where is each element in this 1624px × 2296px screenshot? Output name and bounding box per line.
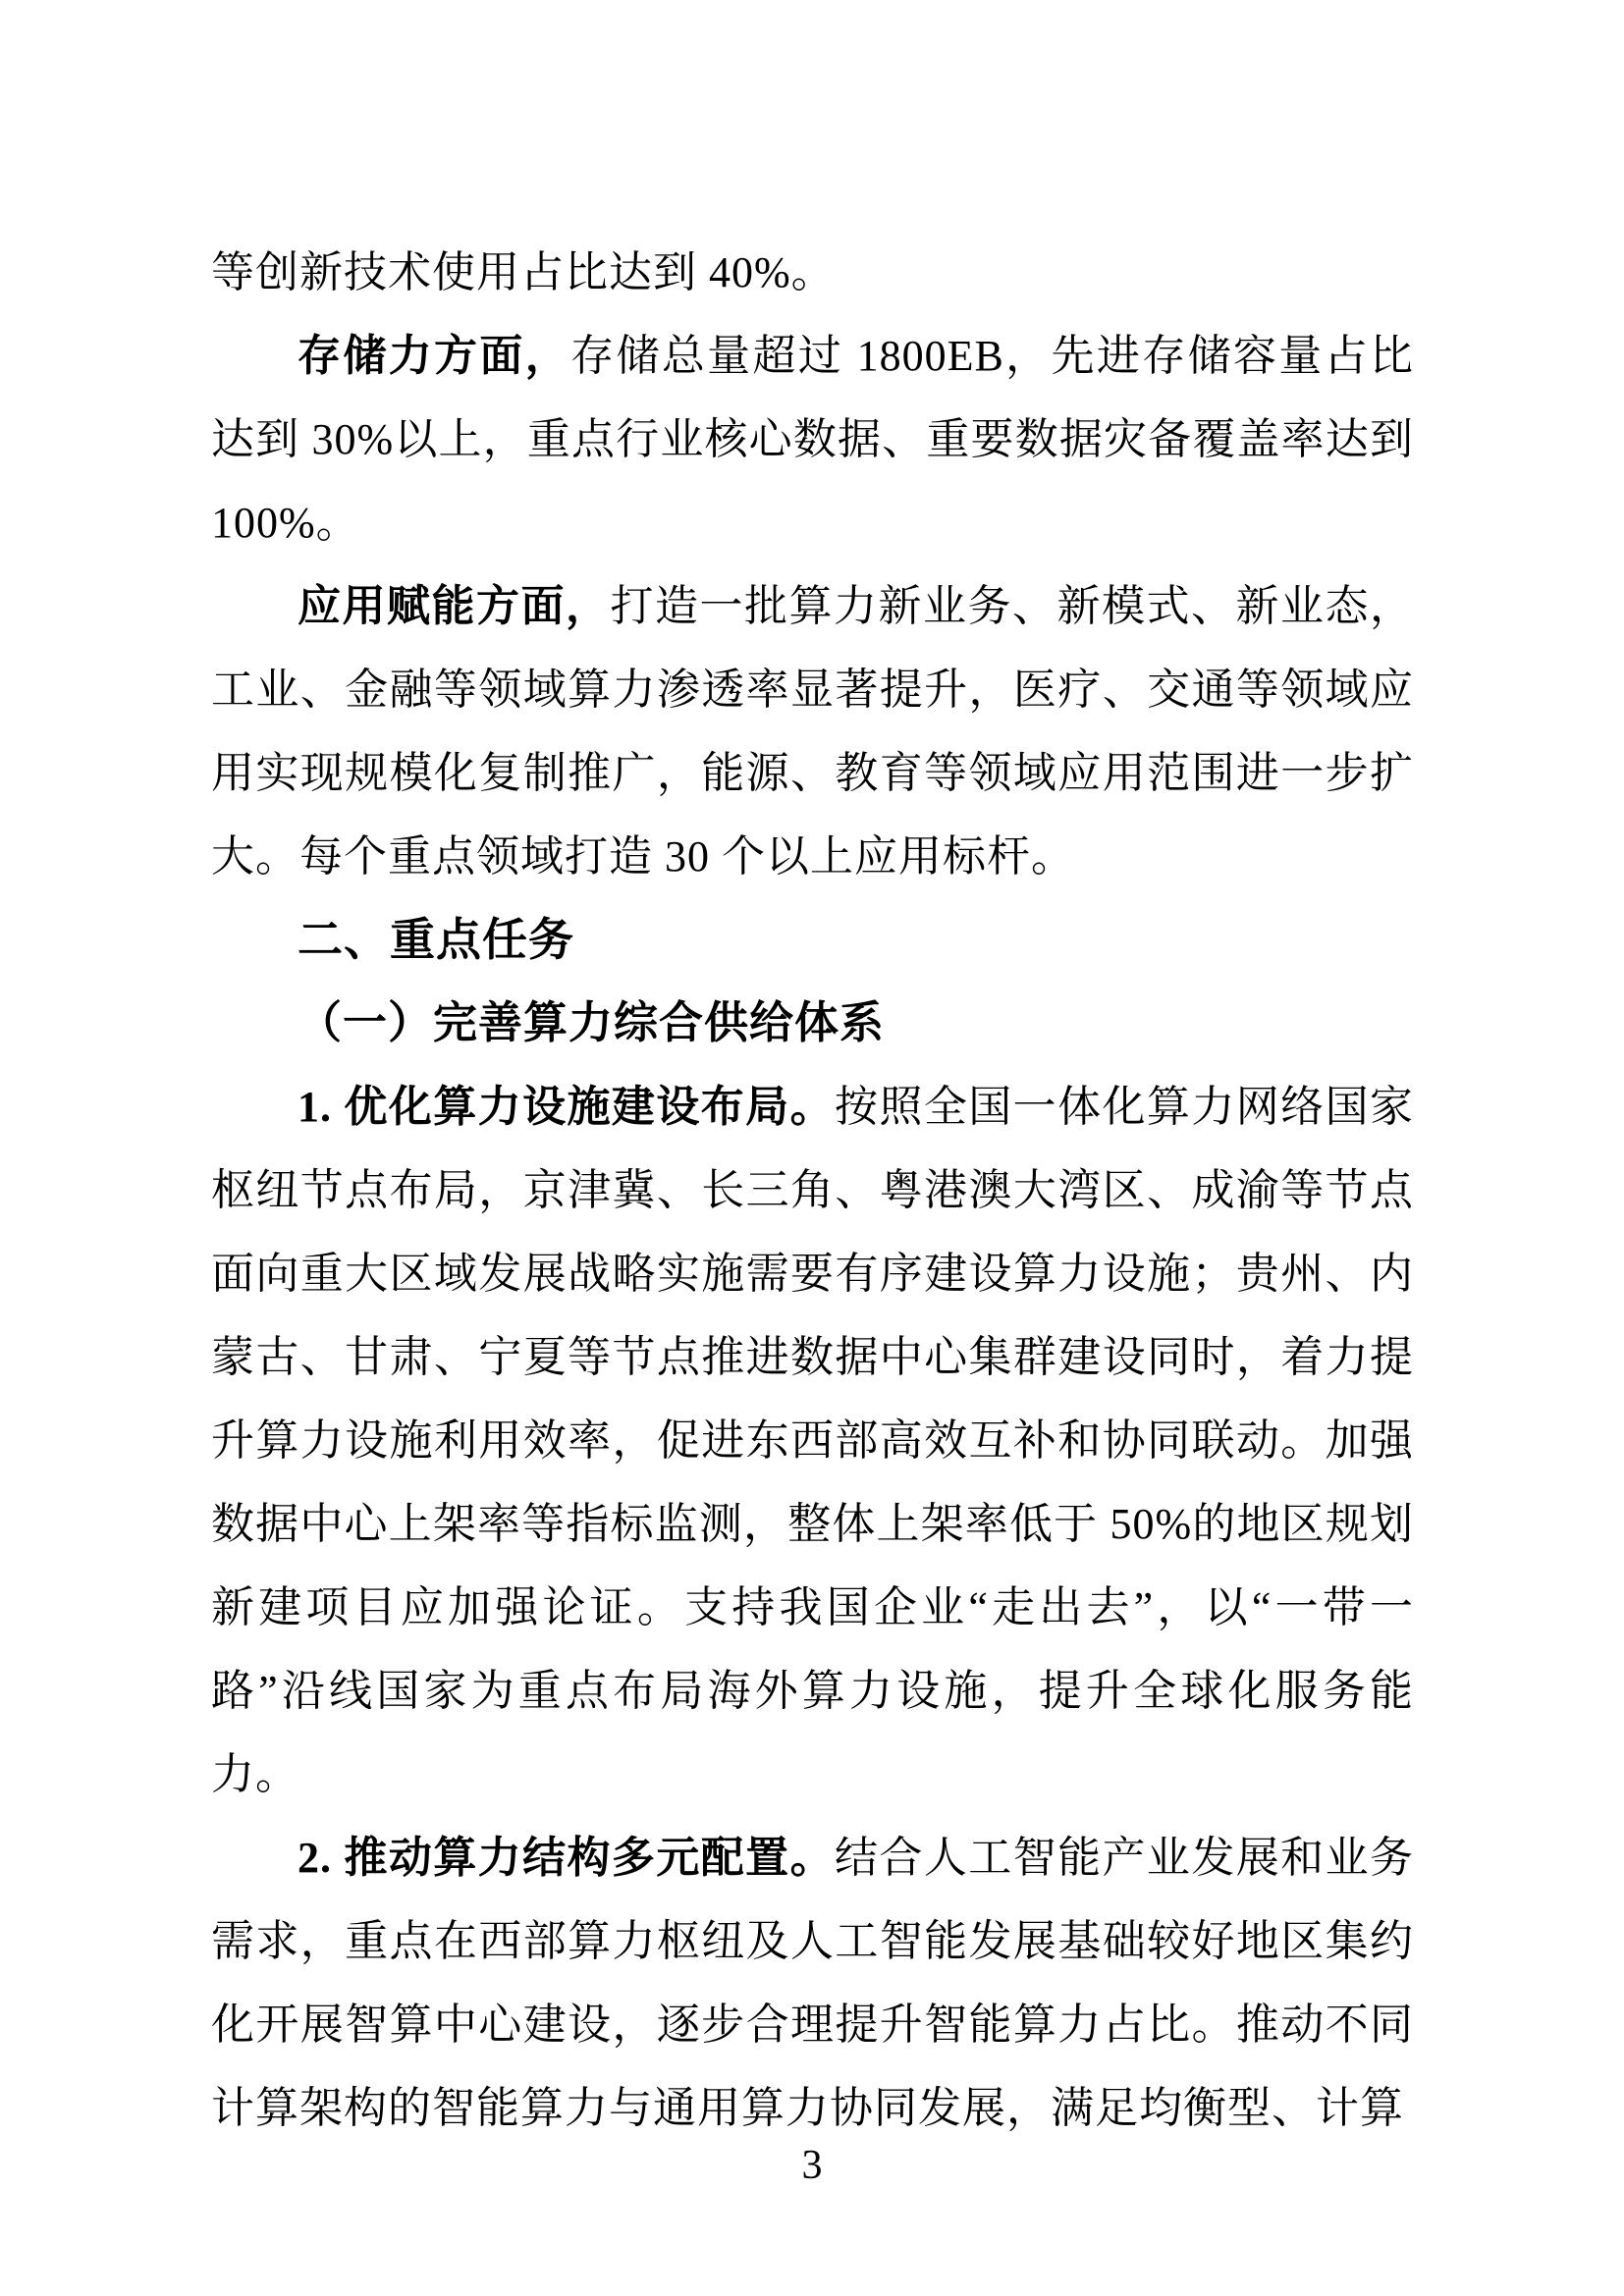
- paragraph-task-2: 2. 推动算力结构多元配置。结合人工智能产业发展和业务需求，重点在西部算力枢纽及…: [211, 1816, 1414, 2150]
- paragraph-lead-bold: 应用赋能方面，: [298, 582, 611, 630]
- section-heading: 二、重点任务: [211, 898, 1414, 982]
- document-page: 等创新技术使用占比达到 40%。 存储力方面，存储总量超过 1800EB，先进存…: [0, 0, 1624, 2296]
- subsection-heading: （一）完善算力综合供给体系: [211, 982, 1414, 1065]
- paragraph-lead-bold: 1. 优化算力设施建设布局。: [298, 1083, 835, 1131]
- paragraph-text: 等创新技术使用占比达到 40%。: [211, 248, 836, 296]
- page-number: 3: [0, 2145, 1624, 2186]
- paragraph-lead-bold: 存储力方面，: [298, 332, 570, 380]
- paragraph-task-1: 1. 优化算力设施建设布局。按照全国一体化算力网络国家枢纽节点布局，京津冀、长三…: [211, 1065, 1414, 1816]
- paragraph-storage: 存储力方面，存储总量超过 1800EB，先进存储容量占比达到 30%以上，重点行…: [211, 314, 1414, 564]
- paragraph-lead-bold: 2. 推动算力结构多元配置。: [298, 1834, 835, 1882]
- paragraph-text: 按照全国一体化算力网络国家枢纽节点布局，京津冀、长三角、粤港澳大湾区、成渝等节点…: [211, 1083, 1414, 1798]
- paragraph-continuation: 等创新技术使用占比达到 40%。: [211, 231, 1414, 314]
- paragraph-application: 应用赋能方面，打造一批算力新业务、新模式、新业态，工业、金融等领域算力渗透率显著…: [211, 564, 1414, 898]
- document-body: 等创新技术使用占比达到 40%。 存储力方面，存储总量超过 1800EB，先进存…: [211, 231, 1414, 2150]
